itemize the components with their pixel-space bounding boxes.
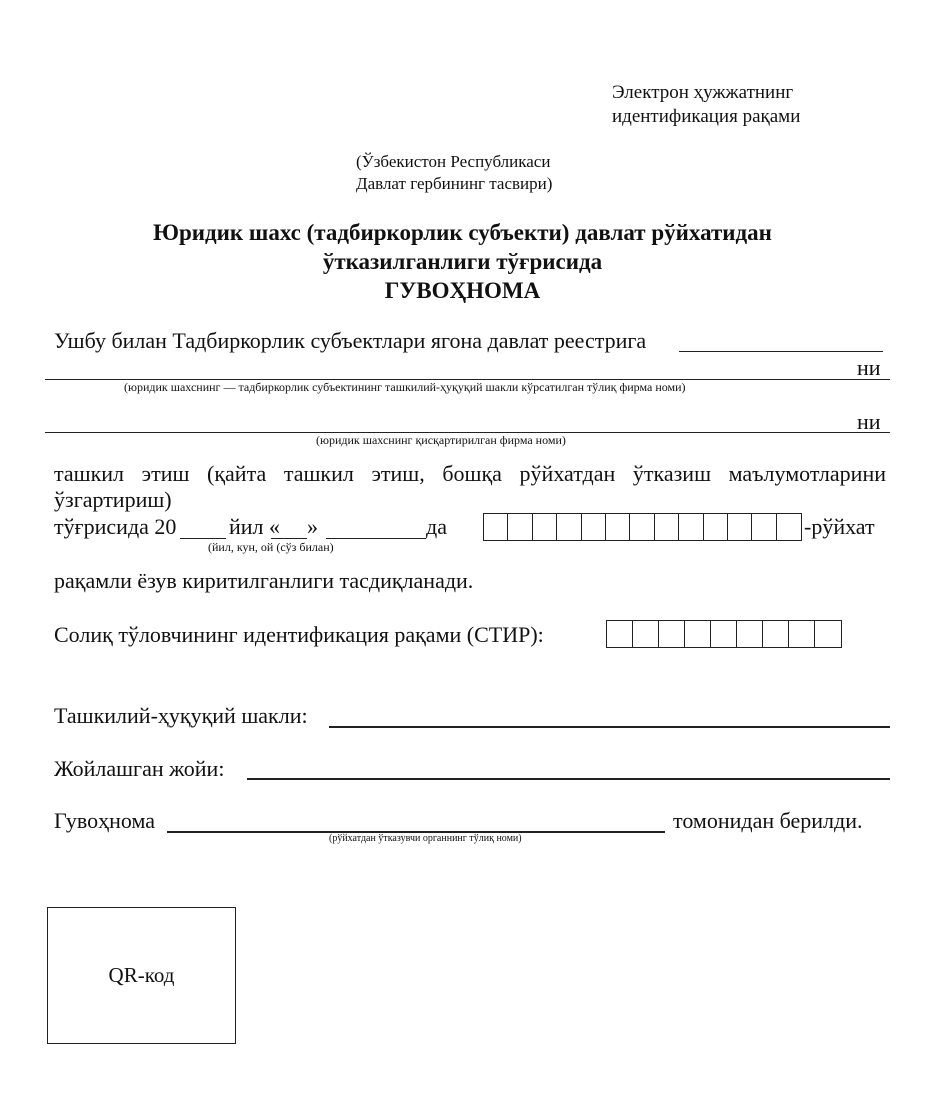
- digit-cell[interactable]: [789, 621, 815, 647]
- digit-cell[interactable]: [728, 514, 752, 540]
- address-label: Жойлашган жойи:: [54, 756, 224, 782]
- electronic-document-id-label: Электрон ҳужжатнинг идентификация рақами: [612, 81, 800, 129]
- digit-cell[interactable]: [533, 514, 557, 540]
- stir-number-cells[interactable]: [606, 620, 842, 648]
- digit-cell[interactable]: [659, 621, 685, 647]
- digit-cell[interactable]: [508, 514, 532, 540]
- qr-code-placeholder: QR-код: [47, 907, 236, 1044]
- emblem-line-1: (Ўзбекистон Республикаси: [356, 151, 552, 173]
- digit-cell[interactable]: [582, 514, 606, 540]
- doc-id-line-1: Электрон ҳужжатнинг: [612, 81, 800, 105]
- confirmation-text: рақамли ёзув киритилганлиги тасдиқланади…: [54, 568, 473, 594]
- state-emblem-placeholder: (Ўзбекистон Республикаси Давлат гербинин…: [356, 151, 552, 195]
- digit-cell[interactable]: [711, 621, 737, 647]
- date-close-quote: »: [307, 514, 318, 540]
- short-name-hint: (юридик шахснинг қисқартирилган фирма но…: [316, 433, 566, 447]
- date-suffix: да: [426, 514, 447, 540]
- digit-cell[interactable]: [655, 514, 679, 540]
- digit-cell[interactable]: [484, 514, 508, 540]
- registry-suffix: -рўйхат: [804, 514, 875, 540]
- digit-cell[interactable]: [607, 621, 633, 647]
- digit-cell[interactable]: [815, 621, 841, 647]
- emblem-line-2: Давлат гербининг тасвири): [356, 173, 552, 195]
- digit-cell[interactable]: [763, 621, 789, 647]
- digit-cell[interactable]: [685, 621, 711, 647]
- digit-cell[interactable]: [737, 621, 763, 647]
- legal-form-label: Ташкилий-ҳуқуқий шакли:: [54, 703, 308, 729]
- legal-form-field[interactable]: [329, 726, 890, 728]
- digit-cell[interactable]: [630, 514, 654, 540]
- qr-code-label: QR-код: [109, 963, 175, 988]
- document-title: Юридик шахс (тадбиркорлик субъекти) давл…: [0, 218, 925, 305]
- day-field[interactable]: [271, 538, 307, 539]
- full-name-hint: (юридик шахснинг — тадбиркорлик субъекти…: [124, 380, 686, 394]
- full-name-field-start[interactable]: [679, 351, 883, 352]
- issuer-hint: (рўйхатдан ўтказувчи органнинг тўлиқ ном…: [329, 832, 522, 846]
- title-line-2: ўтказилганлиги тўғрисида: [0, 247, 925, 276]
- title-line-1: Юридик шахс (тадбиркорлик субъекти) давл…: [0, 218, 925, 247]
- digit-cell[interactable]: [606, 514, 630, 540]
- digit-cell[interactable]: [752, 514, 776, 540]
- suffix-ni-1: ни: [857, 355, 881, 381]
- month-field[interactable]: [326, 538, 426, 539]
- digit-cell[interactable]: [704, 514, 728, 540]
- year-field[interactable]: [180, 538, 226, 539]
- registration-action-text: ташкил этиш (қайта ташкил этиш, бошқа рў…: [54, 461, 886, 513]
- doc-id-line-2: идентификация рақами: [612, 105, 800, 129]
- digit-cell[interactable]: [679, 514, 703, 540]
- date-year-word: йил «: [229, 514, 280, 540]
- date-hint: (йил, кун, ой (сўз билан): [208, 540, 334, 554]
- address-field[interactable]: [247, 778, 890, 780]
- digit-cell[interactable]: [557, 514, 581, 540]
- registry-number-cells[interactable]: [483, 513, 802, 541]
- date-prefix: тўғрисида 20: [54, 514, 176, 540]
- intro-text: Ушбу билан Тадбиркорлик субъектлари ягон…: [54, 328, 646, 354]
- digit-cell[interactable]: [633, 621, 659, 647]
- issued-prefix: Гувоҳнома: [54, 808, 155, 834]
- title-line-3: ГУВОҲНОМА: [0, 276, 925, 305]
- issued-suffix: томонидан берилди.: [673, 808, 863, 834]
- stir-label: Солиқ тўловчининг идентификация рақами (…: [54, 622, 544, 648]
- digit-cell[interactable]: [777, 514, 801, 540]
